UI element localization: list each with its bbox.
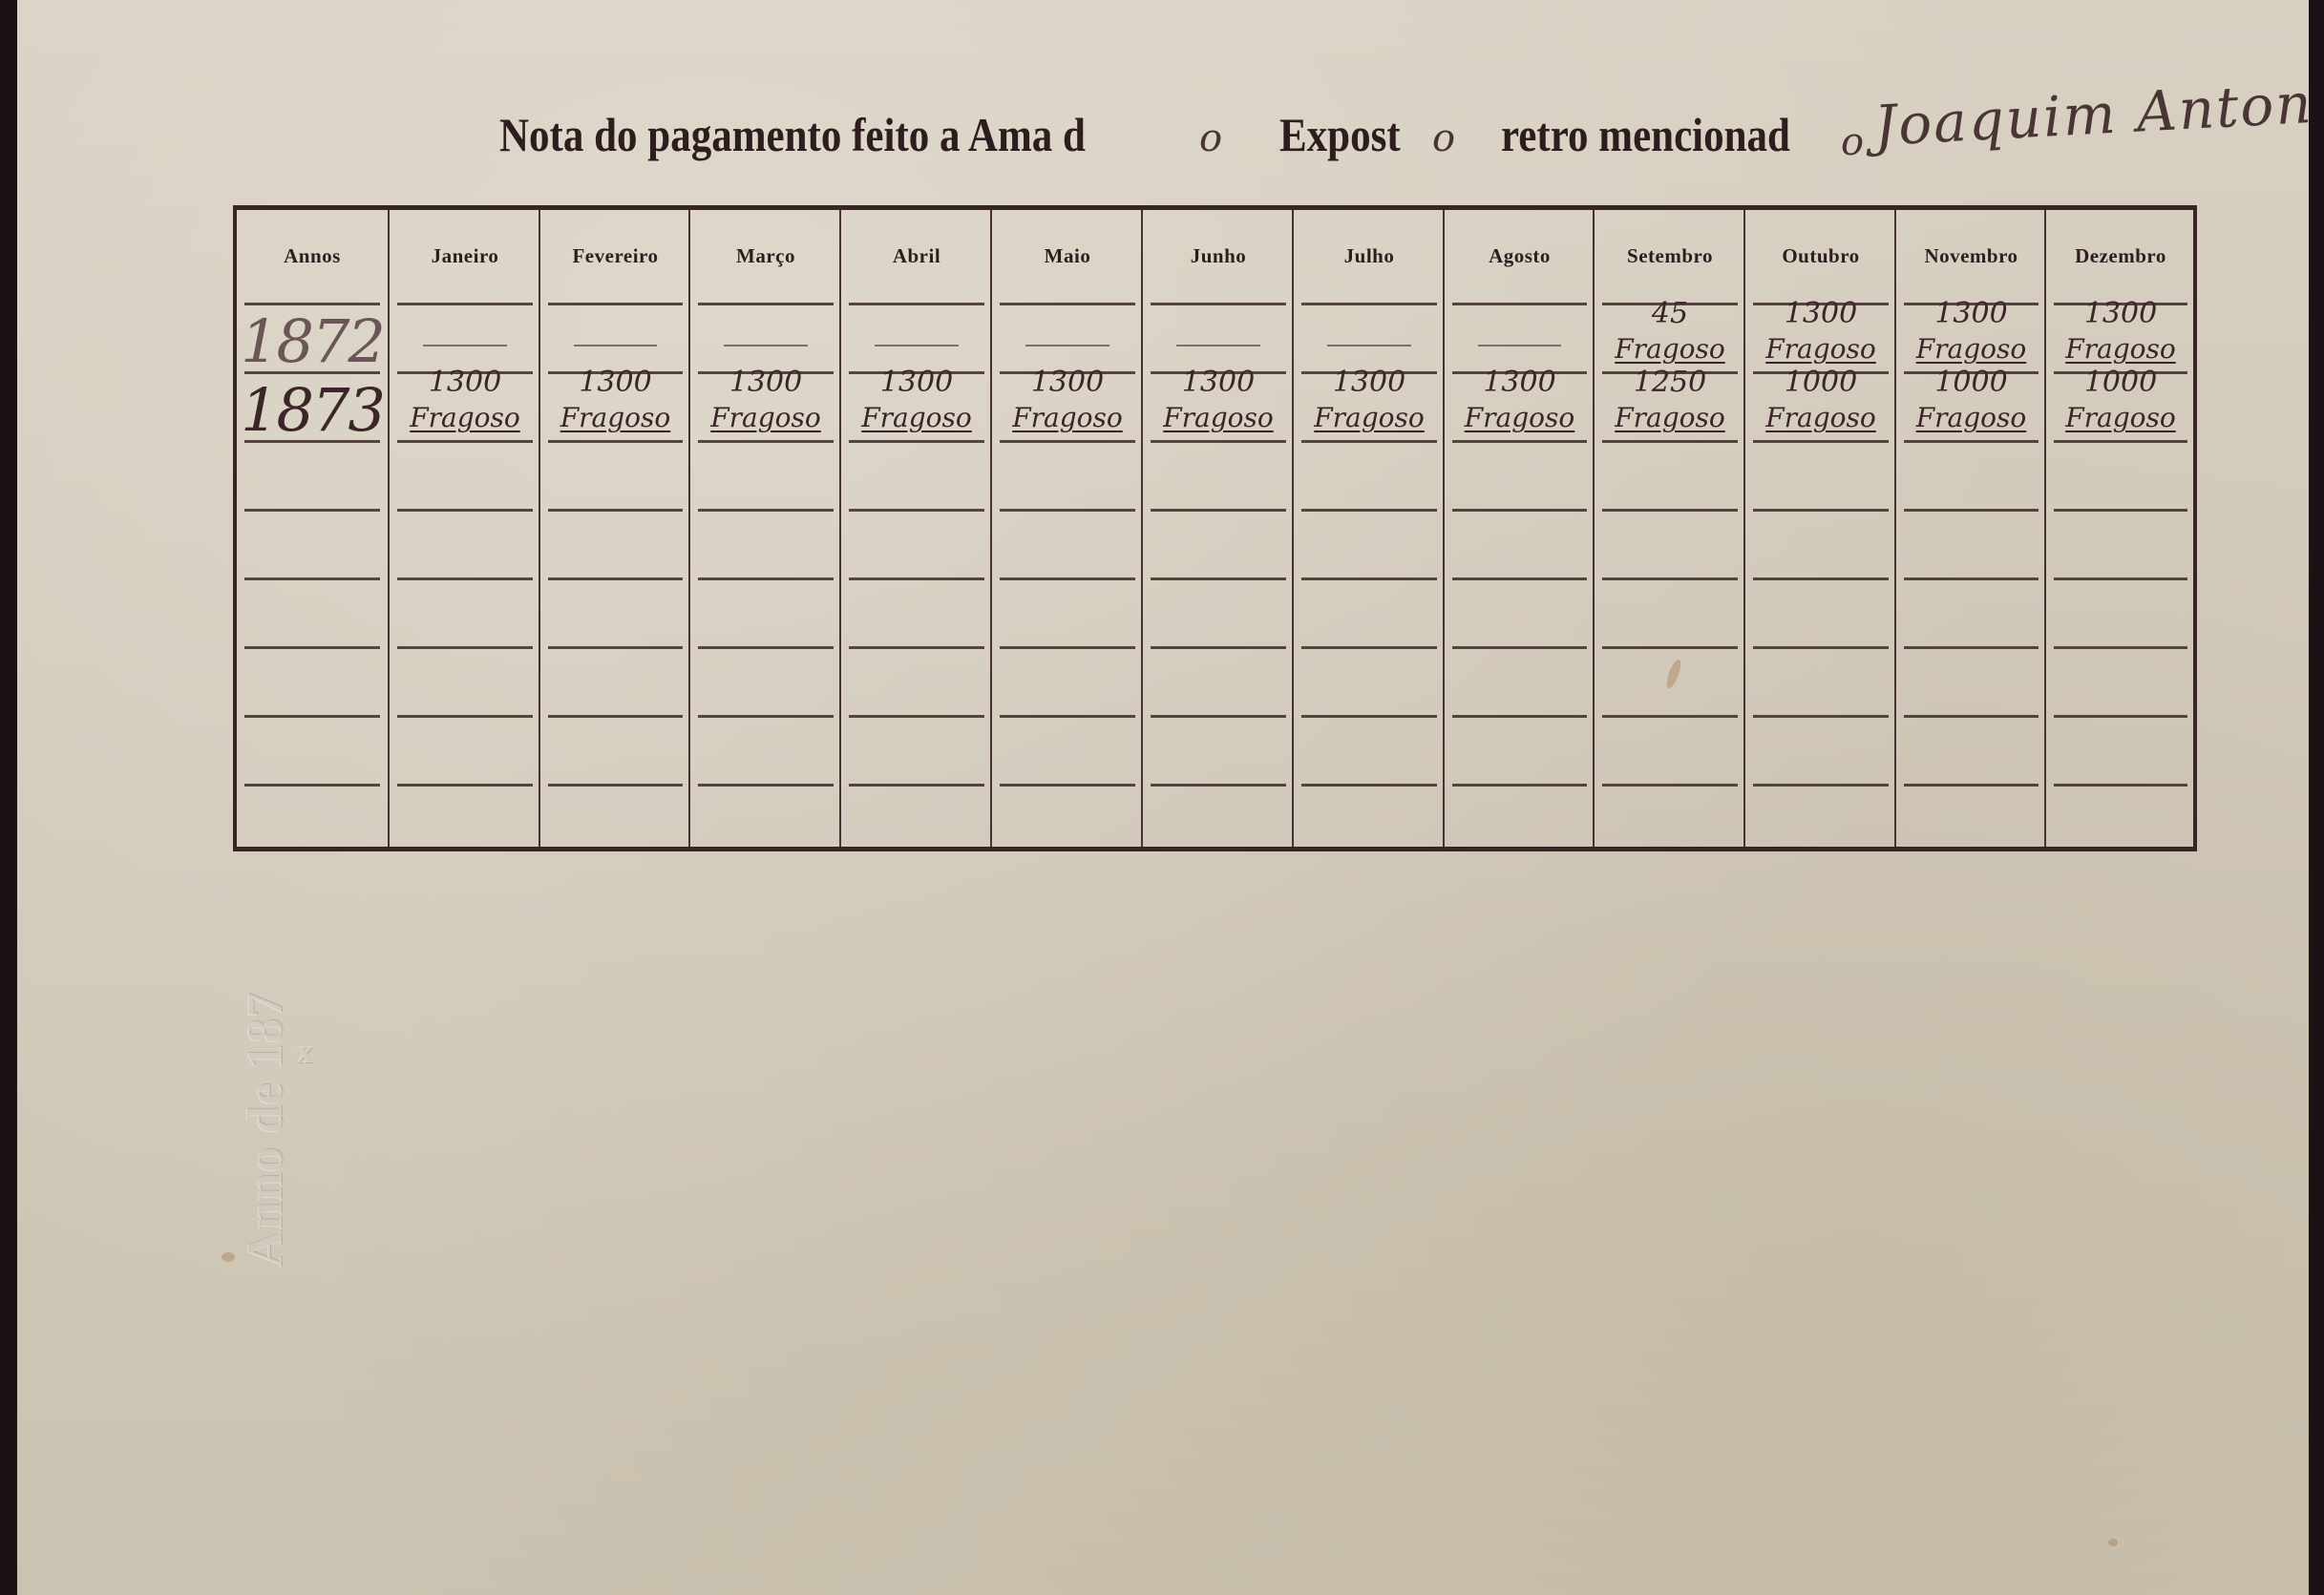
payment-cell	[1595, 440, 1745, 509]
payment-cell	[390, 303, 540, 371]
payment-cell	[2046, 784, 2195, 852]
payment-cell	[1595, 509, 1745, 577]
payment-cell	[992, 303, 1143, 371]
payment-cell	[992, 577, 1143, 646]
year-cell	[237, 715, 388, 784]
foundling-name: Joaquim Antonio	[1872, 68, 2324, 158]
blank-dash	[724, 345, 809, 346]
payment-cell: 45Fragoso	[1595, 303, 1745, 371]
column-month: Janeiro1300Fragoso	[388, 210, 540, 847]
column-month: Outubro1300Fragoso1000Fragoso	[1743, 210, 1896, 847]
column-month: Dezembro1300Fragoso1000Fragoso	[2044, 210, 2195, 847]
payment-cell	[1896, 784, 2046, 852]
payment-amount: 1300	[1294, 366, 1445, 399]
title-handwritten-o-2: o	[1432, 116, 1455, 160]
payer-signature: Fragoso	[1445, 402, 1595, 433]
paper-stain	[2108, 1539, 2118, 1546]
payment-cell	[690, 577, 841, 646]
payment-cell	[1595, 784, 1745, 852]
payment-cell	[1745, 784, 1896, 852]
blank-dash	[423, 345, 508, 346]
column-header: Agosto	[1445, 244, 1595, 268]
payment-cell	[540, 646, 690, 715]
column-header: Março	[690, 244, 841, 268]
payment-cell	[540, 784, 690, 852]
payment-cell	[841, 577, 992, 646]
column-header: Novembro	[1896, 244, 2046, 268]
payment-cell	[390, 646, 540, 715]
payer-signature: Fragoso	[1595, 402, 1745, 433]
payment-cell	[841, 784, 992, 852]
payment-cell: 1300Fragoso	[1445, 371, 1595, 440]
payment-cell	[841, 715, 992, 784]
year-cell	[237, 577, 388, 646]
payment-cell: 1000Fragoso	[1745, 371, 1896, 440]
payment-cell	[390, 715, 540, 784]
scan-border-right	[2309, 0, 2324, 1595]
year-label: 1873	[237, 375, 388, 445]
payment-cell	[1445, 715, 1595, 784]
payment-cell	[690, 440, 841, 509]
payment-cell	[1143, 577, 1294, 646]
payment-cell	[690, 715, 841, 784]
payment-cell	[2046, 509, 2195, 577]
payment-cell: 1300Fragoso	[690, 371, 841, 440]
payment-cell: 1300Fragoso	[1294, 371, 1445, 440]
blank-dash	[1327, 345, 1412, 346]
title-handwritten-o-1: o	[1199, 116, 1222, 160]
year-cell: 1872	[237, 303, 388, 371]
payment-cell	[1896, 440, 2046, 509]
column-header: Janeiro	[390, 244, 540, 268]
payment-cell	[1745, 715, 1896, 784]
column-month: Abril1300Fragoso	[839, 210, 992, 847]
payment-cell	[1294, 715, 1445, 784]
payer-signature: Fragoso	[540, 402, 690, 433]
payment-cell: 1300Fragoso	[390, 371, 540, 440]
payment-cell: 1300Fragoso	[992, 371, 1143, 440]
column-month: Fevereiro1300Fragoso	[539, 210, 690, 847]
payment-cell	[841, 509, 992, 577]
payment-cell	[841, 440, 992, 509]
year-cell: 1873	[237, 371, 388, 440]
payment-cell	[1896, 715, 2046, 784]
payment-cell	[1294, 577, 1445, 646]
payment-cell	[690, 509, 841, 577]
payer-signature: Fragoso	[1294, 402, 1445, 433]
payment-cell	[1143, 303, 1294, 371]
payer-signature: Fragoso	[390, 402, 540, 433]
payment-cell	[2046, 646, 2195, 715]
paper-stain	[222, 1252, 235, 1262]
payment-cell	[540, 577, 690, 646]
payment-cell: 1300Fragoso	[841, 371, 992, 440]
title-handwritten-o-3: o	[1841, 120, 1864, 164]
payment-cell	[992, 440, 1143, 509]
payment-cell: 1300Fragoso	[1896, 303, 2046, 371]
title-part-2: Expost	[1279, 107, 1401, 162]
payment-cell	[1445, 509, 1595, 577]
blank-dash	[1176, 345, 1261, 346]
payment-amount: 1000	[1745, 366, 1896, 399]
column-month: Setembro45Fragoso1250Fragoso	[1593, 210, 1745, 847]
verso-bleed-year-text: Anno de 187	[235, 993, 294, 1268]
payment-cell	[1595, 715, 1745, 784]
column-header: Annos	[237, 244, 388, 268]
payment-cell	[992, 509, 1143, 577]
payment-cell	[390, 440, 540, 509]
column-header: Setembro	[1595, 244, 1745, 268]
year-cell	[237, 509, 388, 577]
payment-cell	[540, 440, 690, 509]
payment-cell	[1143, 715, 1294, 784]
payment-cell	[1745, 577, 1896, 646]
payment-amount: 1300	[1445, 366, 1595, 399]
payment-amount: 1300	[841, 366, 992, 399]
payment-cell	[1445, 303, 1595, 371]
payment-cell	[390, 509, 540, 577]
payment-cell	[1896, 509, 2046, 577]
payment-cell	[1294, 509, 1445, 577]
column-header: Dezembro	[2046, 244, 2195, 268]
payment-cell	[1143, 784, 1294, 852]
payer-signature: Fragoso	[2046, 333, 2195, 365]
payment-cell	[841, 646, 992, 715]
payment-cell	[1143, 509, 1294, 577]
payment-cell	[1143, 646, 1294, 715]
payment-cell	[690, 303, 841, 371]
payment-cell: 1300Fragoso	[1745, 303, 1896, 371]
blank-dash	[1025, 345, 1110, 346]
column-month: Junho1300Fragoso	[1141, 210, 1294, 847]
payment-cell	[1445, 784, 1595, 852]
year-label: 1872	[237, 306, 388, 376]
column-header: Fevereiro	[540, 244, 690, 268]
column-month: Maio1300Fragoso	[990, 210, 1143, 847]
payment-cell: 1000Fragoso	[1896, 371, 2046, 440]
payment-amount: 1300	[390, 366, 540, 399]
payer-signature: Fragoso	[841, 402, 992, 433]
payer-signature: Fragoso	[992, 402, 1143, 433]
title-part-1: Nota do pagamento feito a Ama d	[499, 107, 1086, 162]
year-cell	[237, 646, 388, 715]
payment-cell	[1445, 577, 1595, 646]
payment-cell	[1595, 577, 1745, 646]
payment-cell	[690, 784, 841, 852]
payment-cell	[540, 303, 690, 371]
payment-cell	[1445, 440, 1595, 509]
document-page: Nota do pagamento feito a Ama d o Expost…	[17, 0, 2316, 1595]
column-month: Março1300Fragoso	[688, 210, 841, 847]
payment-cell	[1294, 440, 1445, 509]
year-cell	[237, 440, 388, 509]
column-header: Maio	[992, 244, 1143, 268]
payment-cell: 1250Fragoso	[1595, 371, 1745, 440]
column-header: Junho	[1143, 244, 1294, 268]
blank-dash	[574, 345, 658, 346]
payment-ledger-table: Annos18721873Janeiro1300FragosoFevereiro…	[233, 205, 2197, 851]
column-header: Abril	[841, 244, 992, 268]
payment-cell	[841, 303, 992, 371]
payment-cell	[1445, 646, 1595, 715]
payment-cell	[1745, 646, 1896, 715]
payer-signature: Fragoso	[1143, 402, 1294, 433]
payment-cell	[1294, 303, 1445, 371]
payer-signature: Fragoso	[690, 402, 841, 433]
verso-bleed-column	[380, 916, 412, 1184]
payment-cell	[690, 646, 841, 715]
column-month: Julho1300Fragoso	[1292, 210, 1445, 847]
payment-cell: 1300Fragoso	[1143, 371, 1294, 440]
payment-amount: 1000	[1896, 366, 2046, 399]
payment-cell	[1745, 440, 1896, 509]
column-header: Outubro	[1745, 244, 1896, 268]
payment-cell	[992, 784, 1143, 852]
payment-cell	[992, 646, 1143, 715]
payment-amount: 1250	[1595, 366, 1745, 399]
payment-cell	[1745, 509, 1896, 577]
column-month: Agosto1300Fragoso	[1443, 210, 1595, 847]
payer-signature: Fragoso	[2046, 402, 2195, 433]
payment-cell	[1896, 646, 2046, 715]
payer-signature: Fragoso	[1745, 402, 1896, 433]
year-cell	[237, 784, 388, 852]
column-header: Julho	[1294, 244, 1445, 268]
payment-amount: 1300	[1745, 297, 1896, 330]
payment-cell	[2046, 440, 2195, 509]
payment-cell: 1000Fragoso	[2046, 371, 2195, 440]
payer-signature: Fragoso	[1896, 333, 2046, 365]
payment-cell: 1300Fragoso	[2046, 303, 2195, 371]
payment-cell: 1300Fragoso	[540, 371, 690, 440]
payment-cell	[390, 577, 540, 646]
payment-cell	[2046, 577, 2195, 646]
payment-cell	[2046, 715, 2195, 784]
payment-cell	[992, 715, 1143, 784]
scan-border-left	[0, 0, 17, 1595]
payment-cell	[1896, 577, 2046, 646]
payment-cell	[540, 715, 690, 784]
verso-bleed-mark: x	[296, 1031, 313, 1071]
payment-amount: 45	[1595, 297, 1745, 330]
payer-signature: Fragoso	[1595, 333, 1745, 365]
payment-cell	[1294, 646, 1445, 715]
payment-amount: 1300	[2046, 297, 2195, 330]
payment-amount: 1300	[992, 366, 1143, 399]
payment-amount: 1000	[2046, 366, 2195, 399]
payment-amount: 1300	[540, 366, 690, 399]
payment-cell	[390, 784, 540, 852]
payer-signature: Fragoso	[1896, 402, 2046, 433]
payment-cell	[540, 509, 690, 577]
payment-amount: 1300	[690, 366, 841, 399]
column-month: Novembro1300Fragoso1000Fragoso	[1894, 210, 2046, 847]
blank-dash	[1478, 345, 1562, 346]
payment-cell	[1294, 784, 1445, 852]
payment-amount: 1300	[1896, 297, 2046, 330]
payment-amount: 1300	[1143, 366, 1294, 399]
payment-cell	[1143, 440, 1294, 509]
column-annos: Annos18721873	[237, 210, 388, 847]
blank-dash	[875, 345, 960, 346]
payer-signature: Fragoso	[1745, 333, 1896, 365]
title-part-3: retro mencionad	[1501, 107, 1790, 162]
